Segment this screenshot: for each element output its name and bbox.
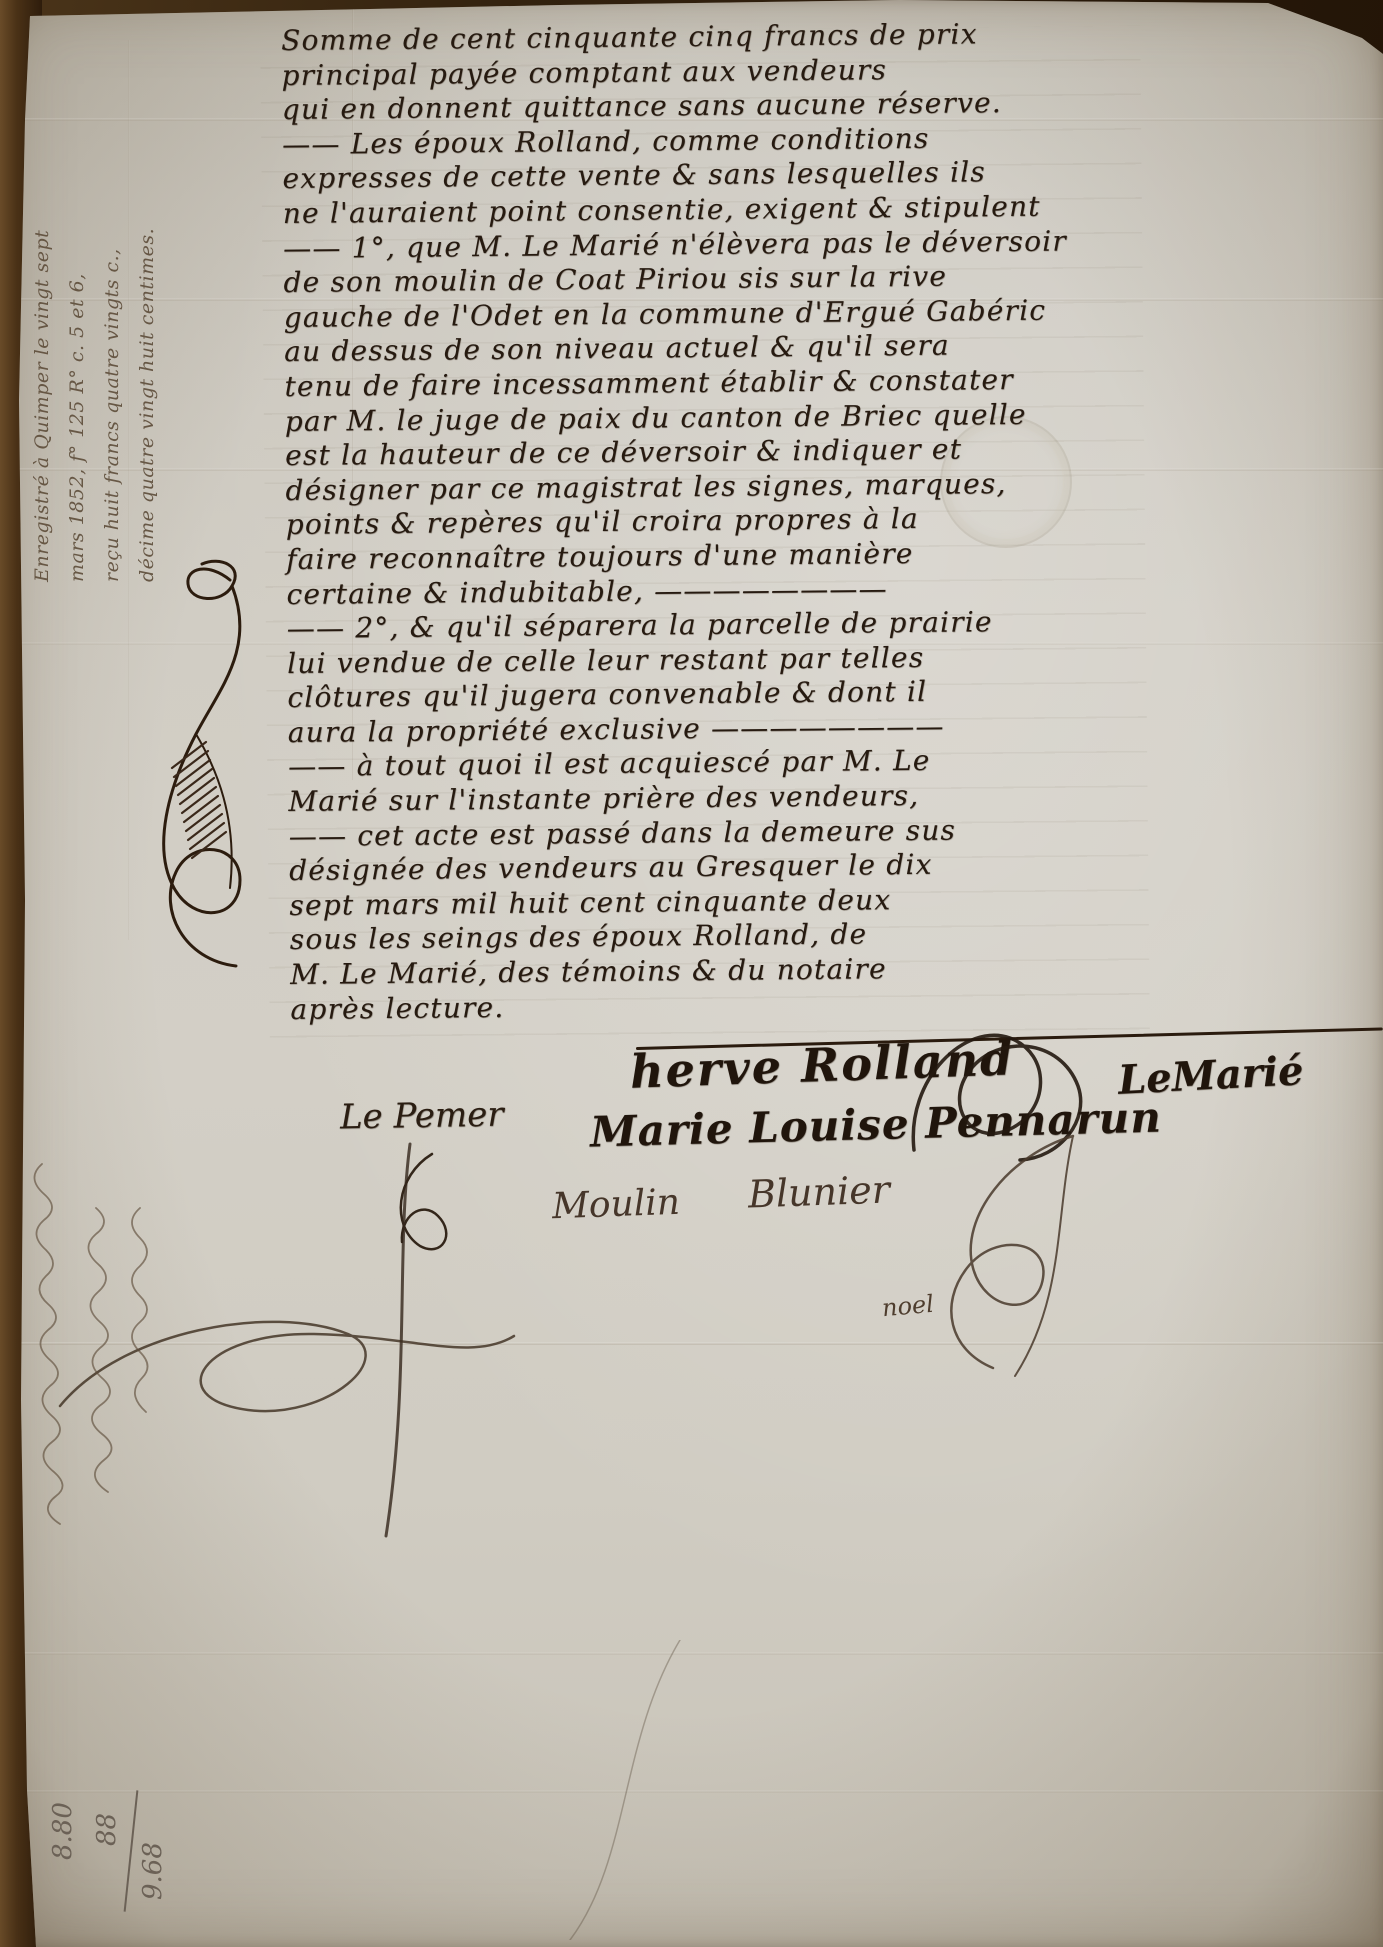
blunier-flourish	[915, 1128, 1085, 1378]
scanned-document-photo: Somme de cent cinquante cinq francs de p…	[0, 0, 1383, 1947]
fee-total: 9.68	[138, 1842, 168, 1900]
margin-fee-sums: 8.80 88 9.68	[46, 1760, 188, 1912]
fee-droit: 8.80	[48, 1802, 78, 1860]
signature-moulin: Moulin	[551, 1182, 680, 1227]
margin-registration-note: Enregistré à Quimper le vingt sept mars …	[25, 60, 167, 582]
faint-pencil-curve	[560, 1640, 700, 1940]
manuscript-text-column: Somme de cent cinquante cinq francs de p…	[281, 16, 1161, 1028]
registration-note-line: reçu huit francs quatre vingts c.,	[95, 60, 130, 582]
fee-sum-rule	[124, 1790, 139, 1912]
registration-note-line: décime quatre vingt huit centimes.	[130, 60, 165, 582]
scrawl-strokes	[24, 860, 166, 1532]
margin-scrawl	[24, 860, 166, 1532]
paper-sheet: Somme de cent cinquante cinq francs de p…	[0, 0, 1383, 1947]
registration-note-line: Enregistré à Quimper le vingt sept	[25, 60, 60, 582]
registration-note-line: mars 1852, f° 125 R° c. 5 et 6,	[60, 60, 95, 582]
signature-le-pemer: Le Pemer	[340, 1095, 504, 1138]
signature-blunier: Blunier	[747, 1168, 890, 1217]
fee-decime: 88	[92, 1813, 122, 1846]
